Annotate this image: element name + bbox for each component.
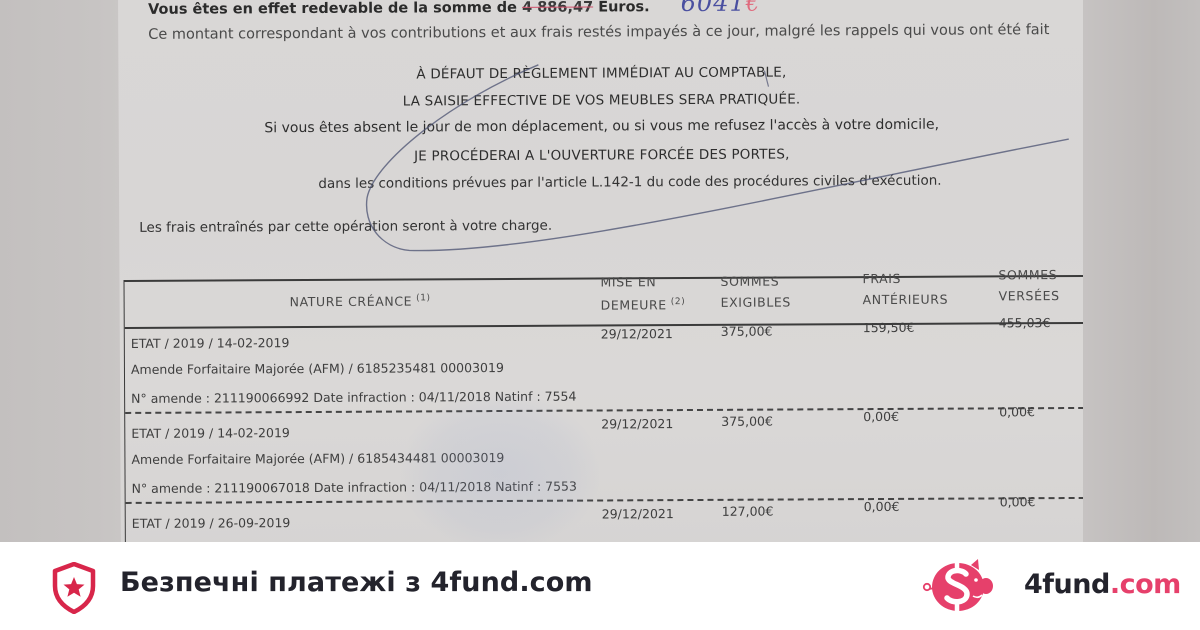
piggy-bank-dollar-icon [916, 556, 996, 616]
row-frais-anterieurs: 0,00€ [863, 409, 899, 424]
handwritten-note: 6041 [681, 0, 746, 17]
charges-note: Les frais entraînés par cette opération … [139, 218, 552, 236]
handwritten-currency: € [746, 0, 760, 17]
row-frais-anterieurs: 159,50€ [863, 320, 915, 335]
warning-line-2: LA SAISIE EFFECTIVE DE VOS MEUBLES SERA … [119, 90, 1085, 111]
official-stamp [400, 392, 600, 542]
logo-wordmark: 4fund.com [1024, 569, 1181, 600]
row-title: ETAT / 2019 / 26-09-2019 [132, 515, 291, 531]
row-sommes-exigibles: 127,00€ [722, 504, 774, 519]
row-sommes-versees: 0,00€ [1000, 494, 1036, 509]
header-sommes-exigibles: SOMMES EXIGIBLES [720, 270, 791, 312]
footer-title: Безпечні платежі з 4fund.com [120, 567, 593, 598]
row-frais-anterieurs: 0,00€ [864, 499, 900, 514]
row-separator [125, 407, 1084, 414]
amount-due-line: Vous êtes en effet redevable de la somme… [148, 0, 760, 20]
amount-suffix: Euros. [593, 0, 650, 16]
warning-line-5: dans les conditions prévues par l'articl… [147, 172, 1113, 193]
row-title: ETAT / 2019 / 14-02-2019 [131, 335, 290, 351]
row-sommes-exigibles: 375,00€ [721, 324, 773, 339]
warning-line-3: Si vous êtes absent le jour de mon dépla… [119, 116, 1085, 137]
header-frais-anterieurs: FRAIS ANTÉRIEURS [862, 268, 948, 310]
shield-star-icon [52, 562, 96, 614]
header-sommes-versees: SOMMES VERSÉES [998, 264, 1059, 306]
debt-table: NATURE CRÉANCE(1) MISE EN DEMEURE(2) SOM… [123, 275, 1085, 542]
4fund-logo[interactable]: 4fund.com [916, 556, 1156, 616]
warning-line-4: JE PROCÉDERAI A L'OUVERTURE FORCÉE DES P… [119, 145, 1085, 166]
row-sommes-exigibles: 375,00€ [721, 414, 773, 429]
row-separator [126, 497, 1085, 504]
row-type: Amende Forfaitaire Majorée (AFM) / 61852… [131, 360, 504, 377]
row-sommes-versees: 455,03€ [999, 315, 1051, 330]
amount-value: 4 886,47 [522, 0, 593, 16]
warning-line-1: À DÉFAUT DE RÈGLEMENT IMMÉDIAT AU COMPTA… [118, 63, 1084, 84]
row-mise-en-demeure: 29/12/2021 [601, 416, 673, 431]
amount-prefix: Vous êtes en effet redevable de la somme… [148, 0, 522, 18]
header-mise-en-demeure: MISE EN DEMEURE(2) [600, 271, 685, 316]
row-title: ETAT / 2019 / 14-02-2019 [131, 425, 290, 441]
row-sommes-versees: 0,00€ [999, 404, 1035, 419]
enforcement-letter: Vous êtes en effet redevable de la somme… [118, 0, 1087, 542]
document-photo: Vous êtes en effet redevable de la somme… [0, 0, 1200, 542]
intro-text: Ce montant correspondant à vos contribut… [148, 22, 1049, 43]
row-mise-en-demeure: 29/12/2021 [601, 326, 673, 341]
header-nature: NATURE CRÉANCE(1) [290, 288, 431, 312]
row-mise-en-demeure: 29/12/2021 [602, 506, 674, 521]
